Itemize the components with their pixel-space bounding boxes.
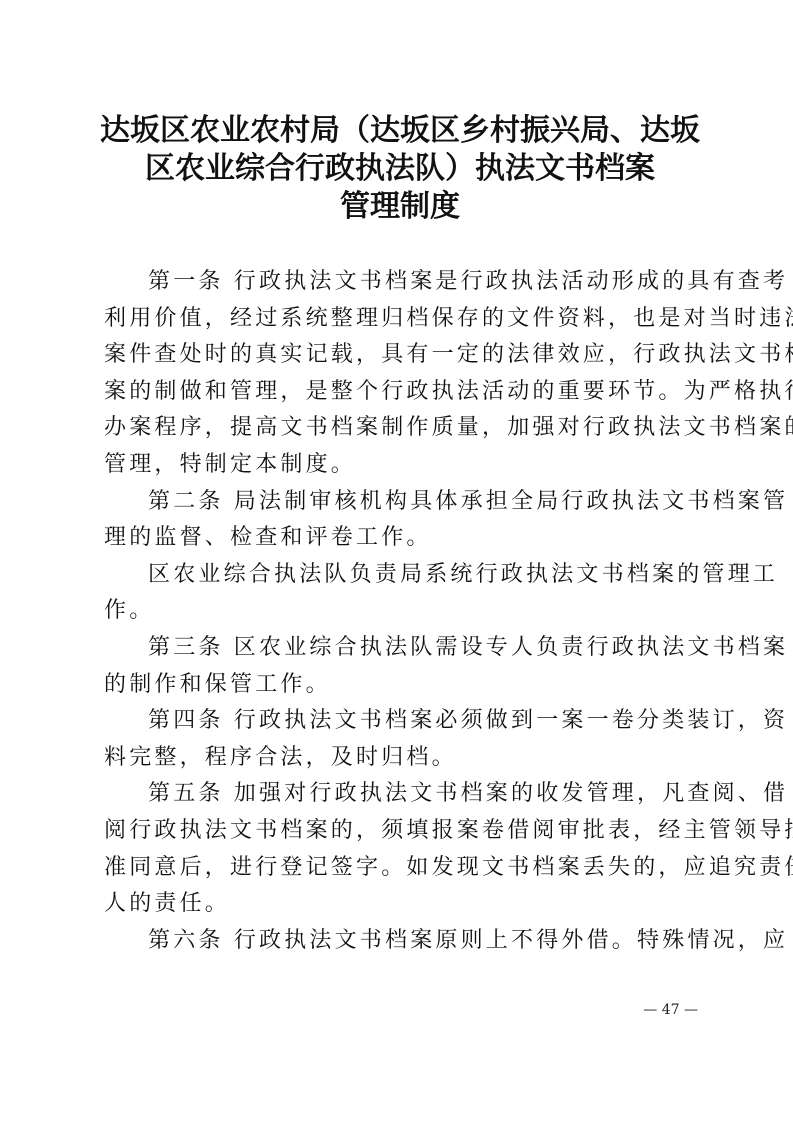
text-line: 案件查处时的真实记载，具有一定的法律效应，行政执法文书档: [104, 337, 716, 374]
text-line: 第五条 加强对行政执法文书档案的收发管理，凡查阅、借: [104, 776, 716, 813]
text-line: 利用价值，经过系统整理归档保存的文件资料，也是对当时违法: [104, 301, 716, 338]
document-title: 达坂区农业农村局（达坂区乡村振兴局、达坂 区农业综合行政执法队）执法文书档案 管…: [100, 112, 700, 226]
page-number: — 47 —: [643, 1002, 698, 1018]
title-line-1: 达坂区农业农村局（达坂区乡村振兴局、达坂: [100, 112, 700, 150]
document-body: 第一条 行政执法文书档案是行政执法活动形成的具有查考利用价值，经过系统整理归档保…: [104, 264, 716, 959]
text-line: 阅行政执法文书档案的，须填报案卷借阅审批表，经主管领导批: [104, 813, 716, 850]
text-line: 准同意后，进行登记签字。如发现文书档案丢失的，应追究责任: [104, 850, 716, 887]
text-line: 第三条 区农业综合执法队需设专人负责行政执法文书档案: [104, 630, 716, 667]
text-line: 第四条 行政执法文书档案必须做到一案一卷分类装订，资: [104, 703, 716, 740]
text-line: 办案程序，提高文书档案制作质量，加强对行政执法文书档案的: [104, 410, 716, 447]
text-line: 的制作和保管工作。: [104, 667, 716, 704]
text-line: 作。: [104, 593, 716, 630]
text-line: 第一条 行政执法文书档案是行政执法活动形成的具有查考: [104, 264, 716, 301]
text-line: 案的制做和管理，是整个行政执法活动的重要环节。为严格执行: [104, 374, 716, 411]
title-line-2: 区农业综合行政执法队）执法文书档案: [100, 150, 700, 188]
title-line-3: 管理制度: [100, 188, 700, 226]
text-line: 第二条 局法制审核机构具体承担全局行政执法文书档案管: [104, 484, 716, 521]
text-line: 人的责任。: [104, 886, 716, 923]
text-line: 第六条 行政执法文书档案原则上不得外借。特殊情况，应: [104, 923, 716, 960]
text-line: 区农业综合执法队负责局系统行政执法文书档案的管理工: [104, 557, 716, 594]
text-line: 理的监督、检查和评卷工作。: [104, 520, 716, 557]
text-line: 管理，特制定本制度。: [104, 447, 716, 484]
text-line: 料完整，程序合法，及时归档。: [104, 740, 716, 777]
